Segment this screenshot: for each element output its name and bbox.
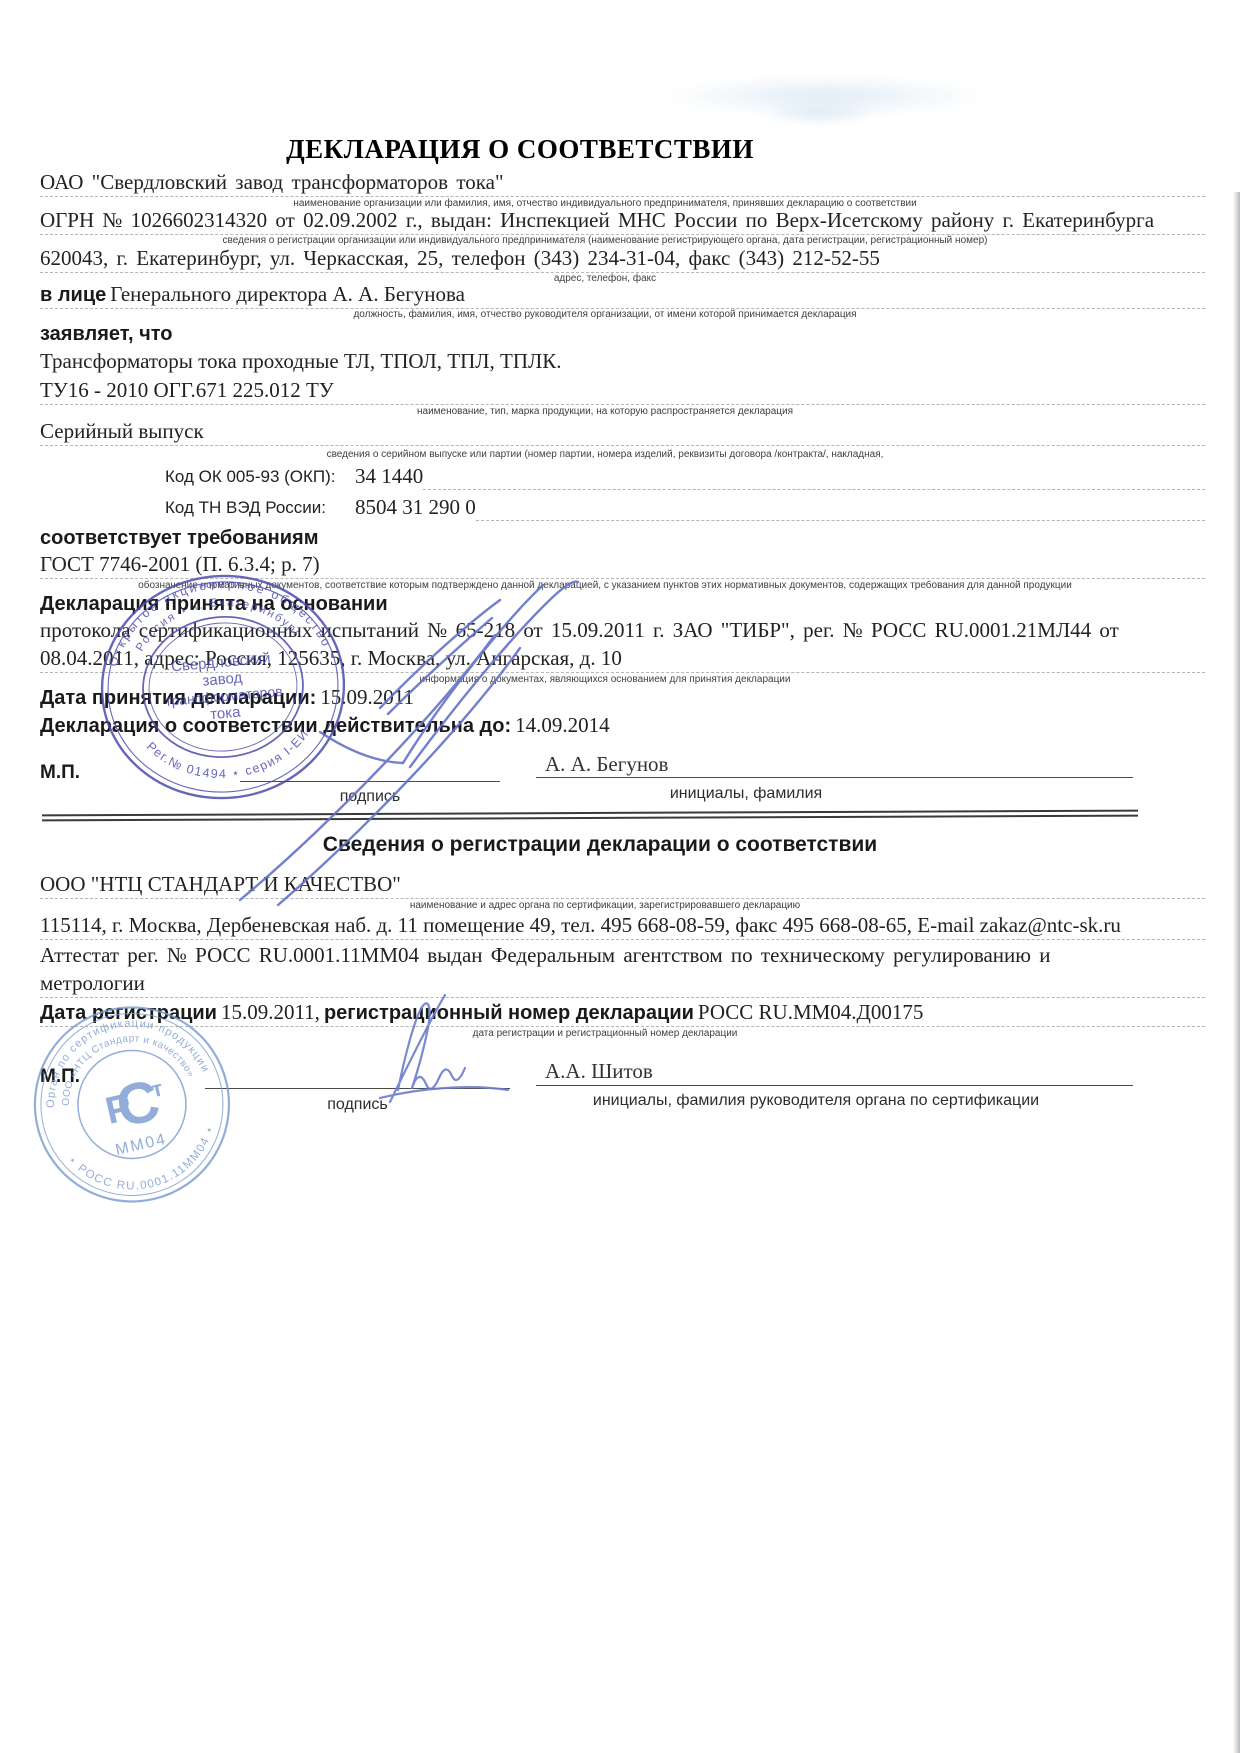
in-person-value: Генерального директора А. А. Бегунова [110,282,465,306]
stamp-place-1: М.П. [40,762,80,784]
okp-dashed-fill [423,467,1205,490]
serial-caption: сведения о серийном выпуске или партии (… [40,449,1170,460]
tnved-code-value: 8504 31 290 0 [355,494,476,521]
attestat-line1: Аттестат рег. № РОСС RU.0001.11ММ04 выда… [40,942,1205,969]
okp-code-value: 34 1440 [355,463,423,490]
requirements-label: соответствует требованиям [40,525,1205,552]
handwritten-signature-2 [340,990,520,1115]
signatory-name-2: А.А. Шитов [545,1059,653,1084]
page-title: ДЕКЛАРАЦИЯ О СООТВЕТСТВИИ [40,134,1000,165]
product-line1: Трансформаторы тока проходные ТЛ, ТПОЛ, … [40,348,1205,375]
tnved-code-row: Код ТН ВЭД России: 8504 31 290 0 [40,494,1205,521]
serial-release: Серийный выпуск [40,418,1205,446]
tnved-code-label: Код ТН ВЭД России: [165,494,355,521]
declarant-in-person-row: в лице Генерального директора А. А. Бегу… [40,281,1205,309]
handwritten-signature-1 [210,560,690,910]
name-line-2 [536,1085,1133,1086]
scan-smudge-small [760,100,880,126]
tnved-dashed-fill [476,498,1205,521]
rst-logo: С Р т ММ04 [99,1066,176,1159]
in-person-label: в лице [40,284,106,306]
declarant-name: ОАО "Свердловский завод трансформаторов … [40,169,1205,197]
declarant-ogrn: ОГРН № 1026602314320 от 02.09.2002 г., в… [40,207,1205,235]
product-caption: наименование, тип, марка продукции, на к… [40,406,1170,417]
in-person-caption: должность, фамилия, имя, отчество руково… [40,309,1170,320]
scan-edge-shadow [1233,192,1240,1753]
declaration-document: ДЕКЛАРАЦИЯ О СООТВЕТСТВИИ ОАО "Свердловс… [0,0,1240,1753]
registration-number-value: РОСС RU.ММ04.Д00175 [698,1000,923,1024]
stamp2-code: ММ04 [114,1131,169,1159]
declarant-address: 620043, г. Екатеринбург, ул. Черкасская,… [40,245,1205,273]
okp-code-label: Код ОК 005-93 (ОКП): [165,463,355,490]
declares-label: заявляет, что [40,321,1205,348]
okp-code-row: Код ОК 005-93 (ОКП): 34 1440 [40,463,1205,490]
name-label-2: инициалы, фамилия руководителя органа по… [536,1092,1096,1110]
product-line2: ТУ16 - 2010 ОГГ.671 225.012 ТУ [40,377,1205,405]
cert-org-address: 115114, г. Москва, Дербеневская наб. д. … [40,912,1205,940]
